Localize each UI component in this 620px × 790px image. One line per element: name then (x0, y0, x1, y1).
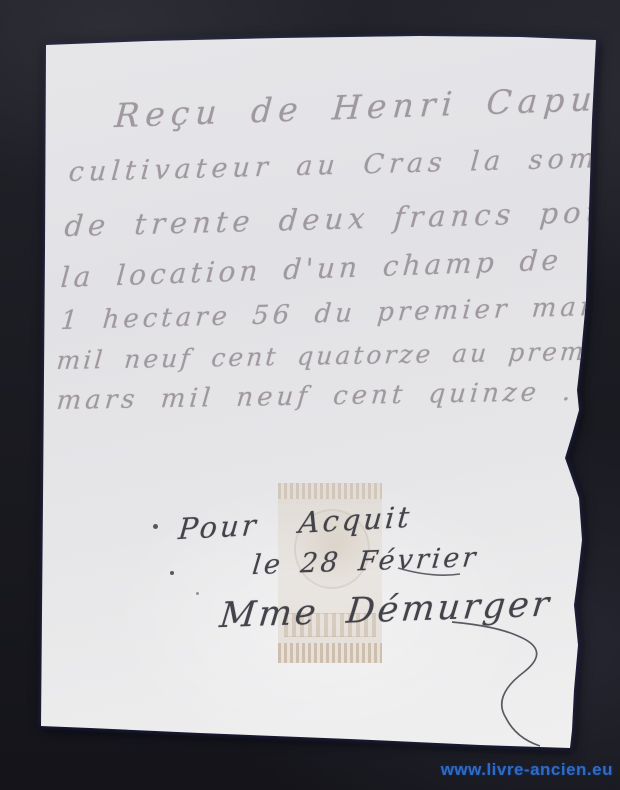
watermark-link: www.livre-ancien.eu (441, 760, 613, 780)
photo-background: Reçu de Henri Caput cultivateur au Cras … (0, 0, 620, 790)
ink-speck (170, 571, 174, 575)
paper-shadow: Reçu de Henri Caput cultivateur au Cras … (0, 0, 620, 790)
ink-speck (153, 524, 158, 529)
signature-line: Mme Démurger (218, 584, 554, 636)
receipt-paper: Reçu de Henri Caput cultivateur au Cras … (0, 0, 620, 790)
receipt-line: 1 hectare 56 du premier mars (60, 292, 615, 337)
stamp-fringe-top (278, 483, 382, 499)
date-line: le 28 Février (251, 542, 480, 581)
receipt-line: de trente deux francs pour (63, 194, 620, 243)
stamp-fringe-bottom (278, 643, 382, 663)
receipt-line: Reçu de Henri Caput (113, 78, 618, 135)
ink-speck (196, 592, 199, 595)
receipt-line: mars mil neuf cent quinze . (55, 377, 576, 416)
receipt-line: la location d'un champ de (60, 243, 564, 294)
receipt-line: cultivateur au Cras la somme (68, 142, 620, 188)
receipt-line: mil neuf cent quatorze au premier (55, 336, 620, 375)
